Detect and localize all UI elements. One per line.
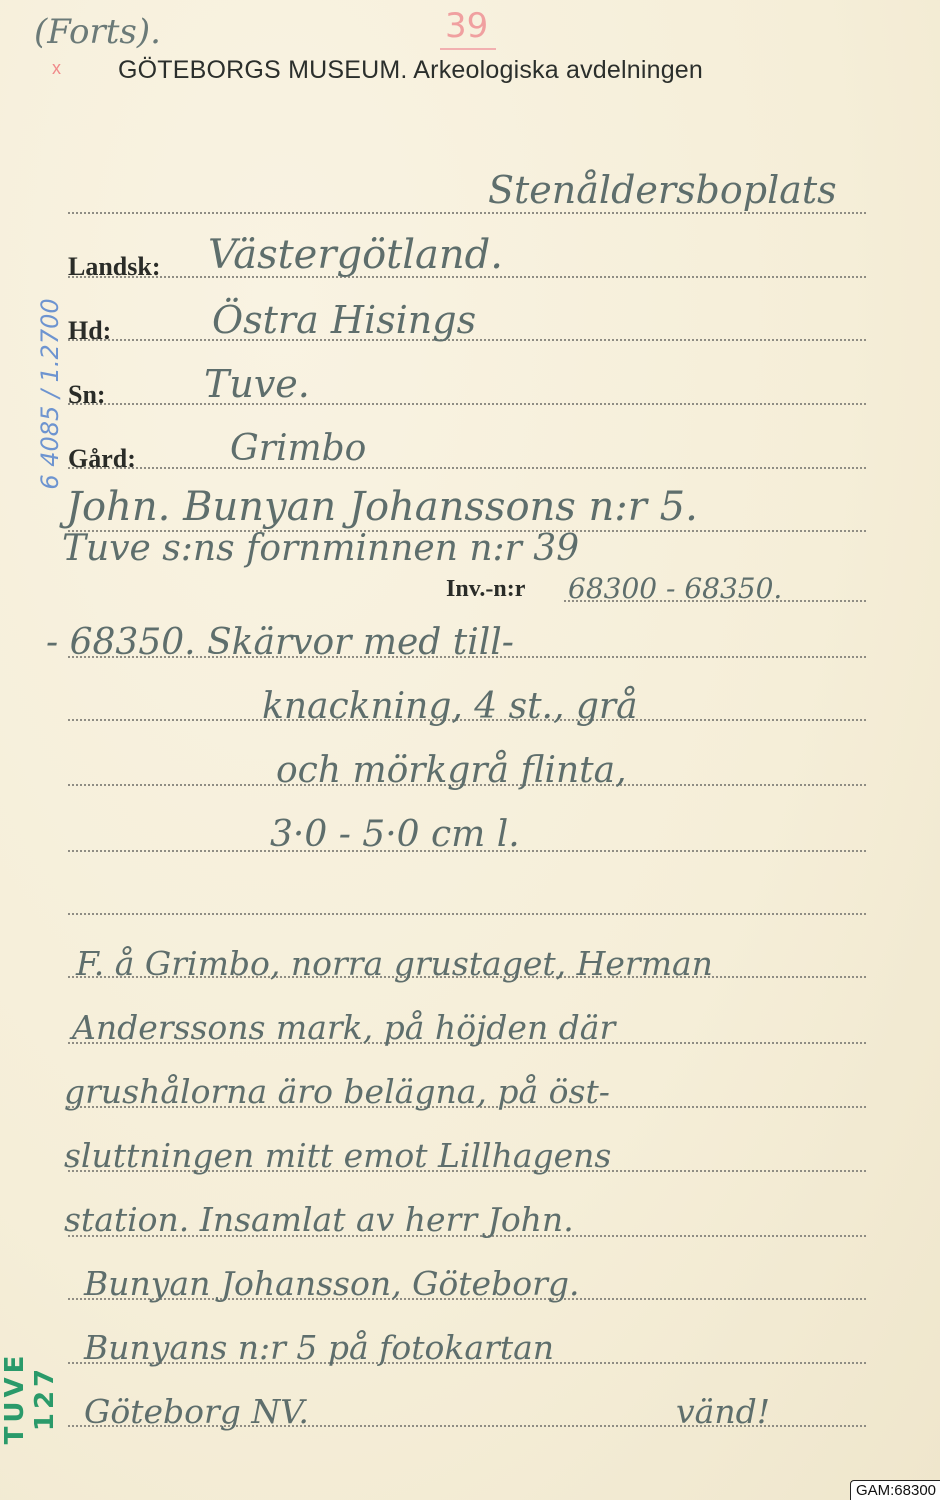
find-line: station. Insamlat av herr John. xyxy=(64,1200,574,1239)
harad-value: Östra Hisings xyxy=(212,298,476,342)
find-line: grushålorna äro belägna, på öst- xyxy=(64,1072,610,1111)
socken-value: Tuve. xyxy=(204,362,310,406)
catalog-card: (Forts). 39 x GÖTEBORGS MUSEUM. Arkeolog… xyxy=(0,0,940,1500)
gard-label: Gård: xyxy=(68,444,136,474)
dotted-line xyxy=(68,403,866,405)
reference-line: Tuve s:ns fornminnen n:r 39 xyxy=(62,528,579,569)
dotted-line xyxy=(68,467,866,469)
turn-over-note: vänd! xyxy=(676,1392,770,1431)
red-x-mark: x xyxy=(52,58,61,79)
landskap-value: Västergötland. xyxy=(208,232,503,278)
red-card-number: 39 xyxy=(445,6,488,46)
dotted-line xyxy=(564,600,866,602)
red-underline xyxy=(440,48,496,50)
find-line: Anderssons mark, på höjden där xyxy=(72,1008,615,1047)
museum-header: GÖTEBORGS MUSEUM. Arkeologiska avdelning… xyxy=(118,56,703,85)
landskap-label: Landsk: xyxy=(68,252,161,282)
inventory-label: Inv.-n:r xyxy=(446,576,525,603)
site-category: Stenåldersboplats xyxy=(488,168,837,212)
gard-value: Grimbo xyxy=(230,428,366,469)
green-stamp: TUVE 127 xyxy=(0,1318,60,1478)
continued-note: (Forts). xyxy=(34,12,161,52)
find-line: Bunyans n:r 5 på fotokartan xyxy=(84,1328,554,1367)
dotted-line xyxy=(68,212,866,214)
blue-pencil-reference: 6 4085 / 1.2700 xyxy=(36,294,64,494)
description-line: 3·0 - 5·0 cm l. xyxy=(270,814,520,855)
reference-line: John. Bunyan Johanssons n:r 5. xyxy=(66,484,698,530)
catalog-id-tag: GAM:68300 xyxy=(850,1480,940,1500)
find-line: sluttningen mitt emot Lillhagens xyxy=(64,1136,611,1175)
description-line: - 68350. Skärvor med till- xyxy=(46,622,514,663)
socken-label: Sn: xyxy=(68,380,106,410)
dotted-line xyxy=(68,913,866,915)
find-line: Göteborg NV. xyxy=(84,1392,309,1431)
description-line: knackning, 4 st., grå xyxy=(262,686,638,727)
description-line: och mörkgrå flinta, xyxy=(276,750,627,791)
find-line: F. å Grimbo, norra grustaget, Herman xyxy=(76,944,713,983)
harad-label: Hd: xyxy=(68,316,111,346)
find-line: Bunyan Johansson, Göteborg. xyxy=(84,1264,579,1303)
